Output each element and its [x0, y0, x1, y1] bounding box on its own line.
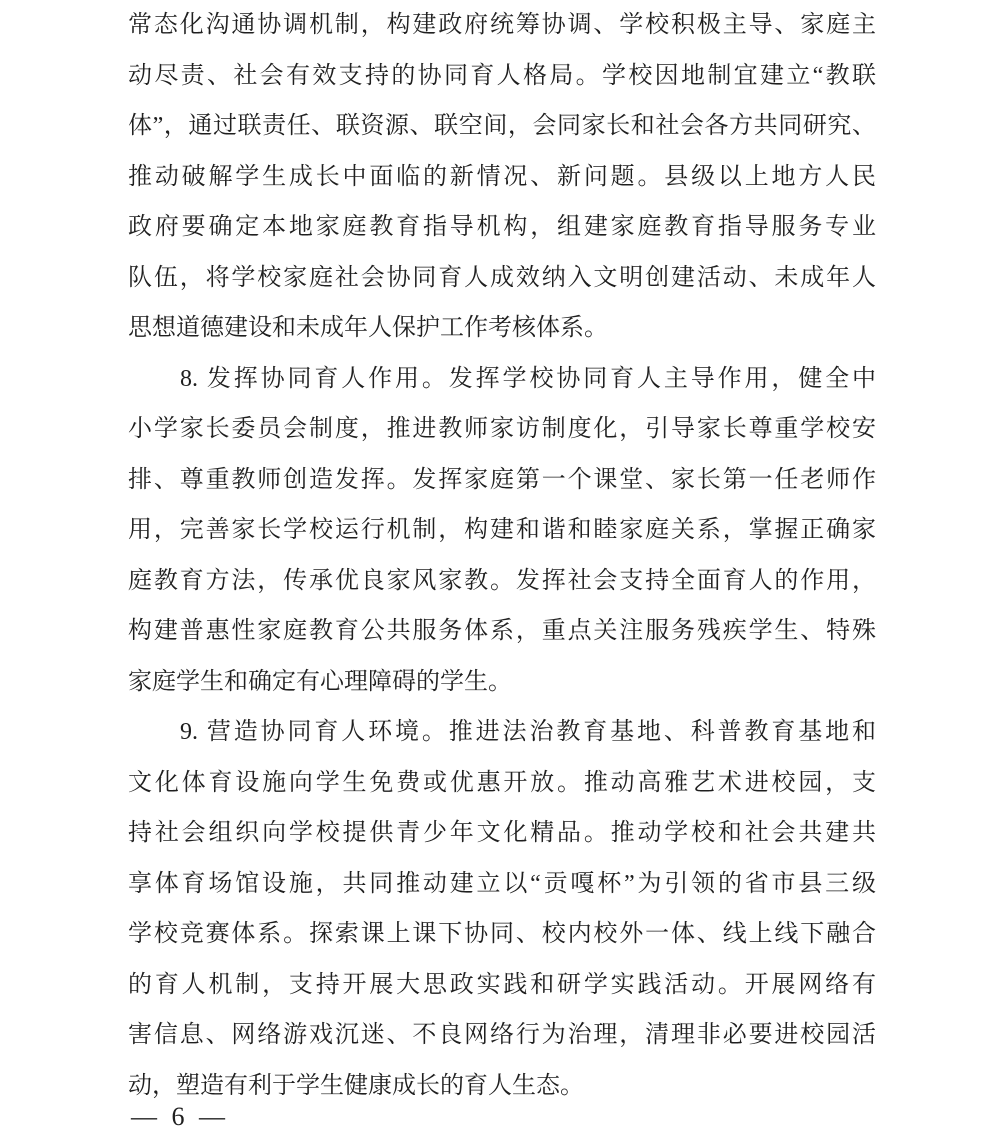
text-line: 体”，通过联责任、联资源、联空间，会同家长和社会各方共同研究、: [128, 101, 876, 152]
text-line: 小学家长委员会制度，推进教师家访制度化，引导家长尊重学校安: [128, 404, 876, 455]
page-number: — 6 —: [131, 1100, 229, 1134]
text-line: 动，塑造有利于学生健康成长的育人生态。: [128, 1061, 876, 1112]
text-line: 的育人机制，支持开展大思政实践和研学实践活动。开展网络有: [128, 960, 876, 1011]
text-line: 队伍，将学校家庭社会协同育人成效纳入文明创建活动、未成年人: [128, 253, 876, 304]
paragraph: 9. 营造协同育人环境。推进法治教育基地、科普教育基地和文化体育设施向学生免费或…: [128, 707, 876, 1111]
text-line: 庭教育方法，传承优良家风家教。发挥社会支持全面育人的作用，: [128, 556, 876, 607]
text-line: 学校竞赛体系。探索课上课下协同、校内校外一体、线上线下融合: [128, 909, 876, 960]
text-line: 排、尊重教师创造发挥。发挥家庭第一个课堂、家长第一任老师作: [128, 455, 876, 506]
text-line: 政府要确定本地家庭教育指导机构，组建家庭教育指导服务专业: [128, 202, 876, 253]
text-line: 9. 营造协同育人环境。推进法治教育基地、科普教育基地和: [128, 707, 876, 758]
paragraph: 常态化沟通协调机制，构建政府统筹协调、学校积极主导、家庭主动尽责、社会有效支持的…: [128, 0, 876, 354]
text-line: 思想道德建设和未成年人保护工作考核体系。: [128, 303, 876, 354]
text-line: 享体育场馆设施，共同推动建立以“贡嘎杯”为引领的省市县三级: [128, 859, 876, 910]
text-line: 推动破解学生成长中面临的新情况、新问题。县级以上地方人民: [128, 152, 876, 203]
document-page: 常态化沟通协调机制，构建政府统筹协调、学校积极主导、家庭主动尽责、社会有效支持的…: [0, 0, 1000, 1140]
text-line: 8. 发挥协同育人作用。发挥学校协同育人主导作用，健全中: [128, 354, 876, 405]
document-body: 常态化沟通协调机制，构建政府统筹协调、学校积极主导、家庭主动尽责、社会有效支持的…: [128, 0, 876, 1111]
text-line: 害信息、网络游戏沉迷、不良网络行为治理，清理非必要进校园活: [128, 1010, 876, 1061]
text-line: 动尽责、社会有效支持的协同育人格局。学校因地制宜建立“教联: [128, 51, 876, 102]
text-line: 家庭学生和确定有心理障碍的学生。: [128, 657, 876, 708]
text-line: 用，完善家长学校运行机制，构建和谐和睦家庭关系，掌握正确家: [128, 505, 876, 556]
text-line: 持社会组织向学校提供青少年文化精品。推动学校和社会共建共: [128, 808, 876, 859]
text-line: 构建普惠性家庭教育公共服务体系，重点关注服务残疾学生、特殊: [128, 606, 876, 657]
text-line: 常态化沟通协调机制，构建政府统筹协调、学校积极主导、家庭主: [128, 0, 876, 51]
text-line: 文化体育设施向学生免费或优惠开放。推动高雅艺术进校园，支: [128, 758, 876, 809]
paragraph: 8. 发挥协同育人作用。发挥学校协同育人主导作用，健全中小学家长委员会制度，推进…: [128, 354, 876, 708]
